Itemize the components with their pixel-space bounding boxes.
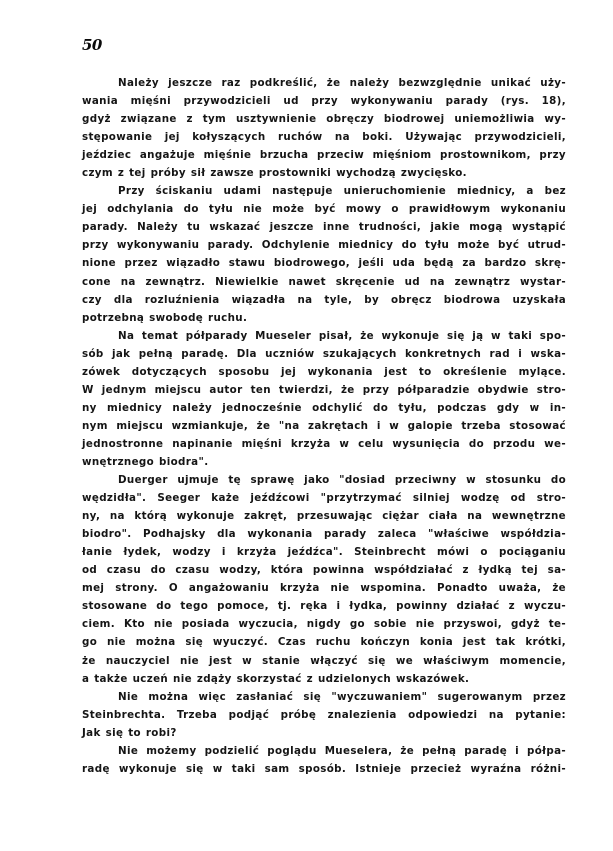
text-line: radę wykonuje się w taki sam sposób. Ist… [82, 760, 566, 778]
text-line: W jednym miejscu autor ten twierdzi, że … [82, 381, 566, 399]
text-line: łanie łydek, wodzy i krzyża jeźdźca". St… [82, 543, 566, 561]
text-line: ciem. Kto nie posiada wyczucia, nigdy go… [82, 615, 566, 633]
text-line: wania mięśni przywodzicieli ud przy wyko… [82, 92, 566, 110]
text-line: wędzidła". Seeger każe jeźdźcowi "przytr… [82, 489, 566, 507]
text-line: go nie można się wyuczyć. Czas ruchu koń… [82, 633, 566, 651]
text-line: nione przez wiązadło stawu biodrowego, j… [82, 254, 566, 272]
text-line: potrzebną swobodę ruchu. [82, 309, 566, 327]
text-line: cone na zewnątrz. Niewielkie nawet skręc… [82, 273, 566, 291]
text-line: przy wykonywaniu parady. Odchylenie mied… [82, 236, 566, 254]
text-line: mej strony. O angażowaniu krzyża nie wsp… [82, 579, 566, 597]
text-line: jednostronne napinanie mięśni krzyża w c… [82, 435, 566, 453]
text-line: sób jak pełną paradę. Dla uczniów szukaj… [82, 345, 566, 363]
text-line: Przy ściskaniu udami następuje unierucho… [82, 182, 566, 200]
text-line: ny miednicy należy jednocześnie odchylić… [82, 399, 566, 417]
text-line: Nie można więc zasłaniać się "wyczuwanie… [82, 688, 566, 706]
text-line: ny, na którą wykonuje zakręt, przesuwają… [82, 507, 566, 525]
text-line: biodro". Podhajsky dla wykonania parady … [82, 525, 566, 543]
text-line: a także uczeń nie zdąży skorzystać z udz… [82, 670, 566, 688]
text-line: gdyż związane z tym usztywnienie obręczy… [82, 110, 566, 128]
text-line: jej odchylania do tyłu nie może być mowy… [82, 200, 566, 218]
text-line: Należy jeszcze raz podkreślić, że należy… [82, 74, 566, 92]
text-line: Jak się to robi? [82, 724, 566, 742]
text-line: Duerger ujmuje tę sprawę jako "dosiad pr… [82, 471, 566, 489]
text-line: jeździec angażuje mięśnie brzucha przeci… [82, 146, 566, 164]
text-line: wnętrznego biodra". [82, 453, 566, 471]
text-line: od czasu do czasu wodzy, która powinna w… [82, 561, 566, 579]
text-line: czy dla rozluźnienia wiązadła na tyle, b… [82, 291, 566, 309]
text-line: stosowane do tego pomoce, tj. ręka i łyd… [82, 597, 566, 615]
text-line: stępowanie jej kołyszących ruchów na bok… [82, 128, 566, 146]
page-number: 50 [82, 36, 102, 54]
text-line: Na temat półparady Mueseler pisał, że wy… [82, 327, 566, 345]
text-line: czym z tej próby sił zawsze prostowniki … [82, 164, 566, 182]
text-line: zówek dotyczących sposobu jej wykonania … [82, 363, 566, 381]
text-line: parady. Należy tu wskazać jeszcze inne t… [82, 218, 566, 236]
text-line: że nauczyciel nie jest w stanie włączyć … [82, 652, 566, 670]
body-text: Należy jeszcze raz podkreślić, że należy… [82, 74, 566, 778]
text-line: Nie możemy podzielić poglądu Mueselera, … [82, 742, 566, 760]
text-line: nym miejscu wzmiankuje, że "na zakrętach… [82, 417, 566, 435]
text-line: Steinbrechta. Trzeba podjąć próbę znalez… [82, 706, 566, 724]
